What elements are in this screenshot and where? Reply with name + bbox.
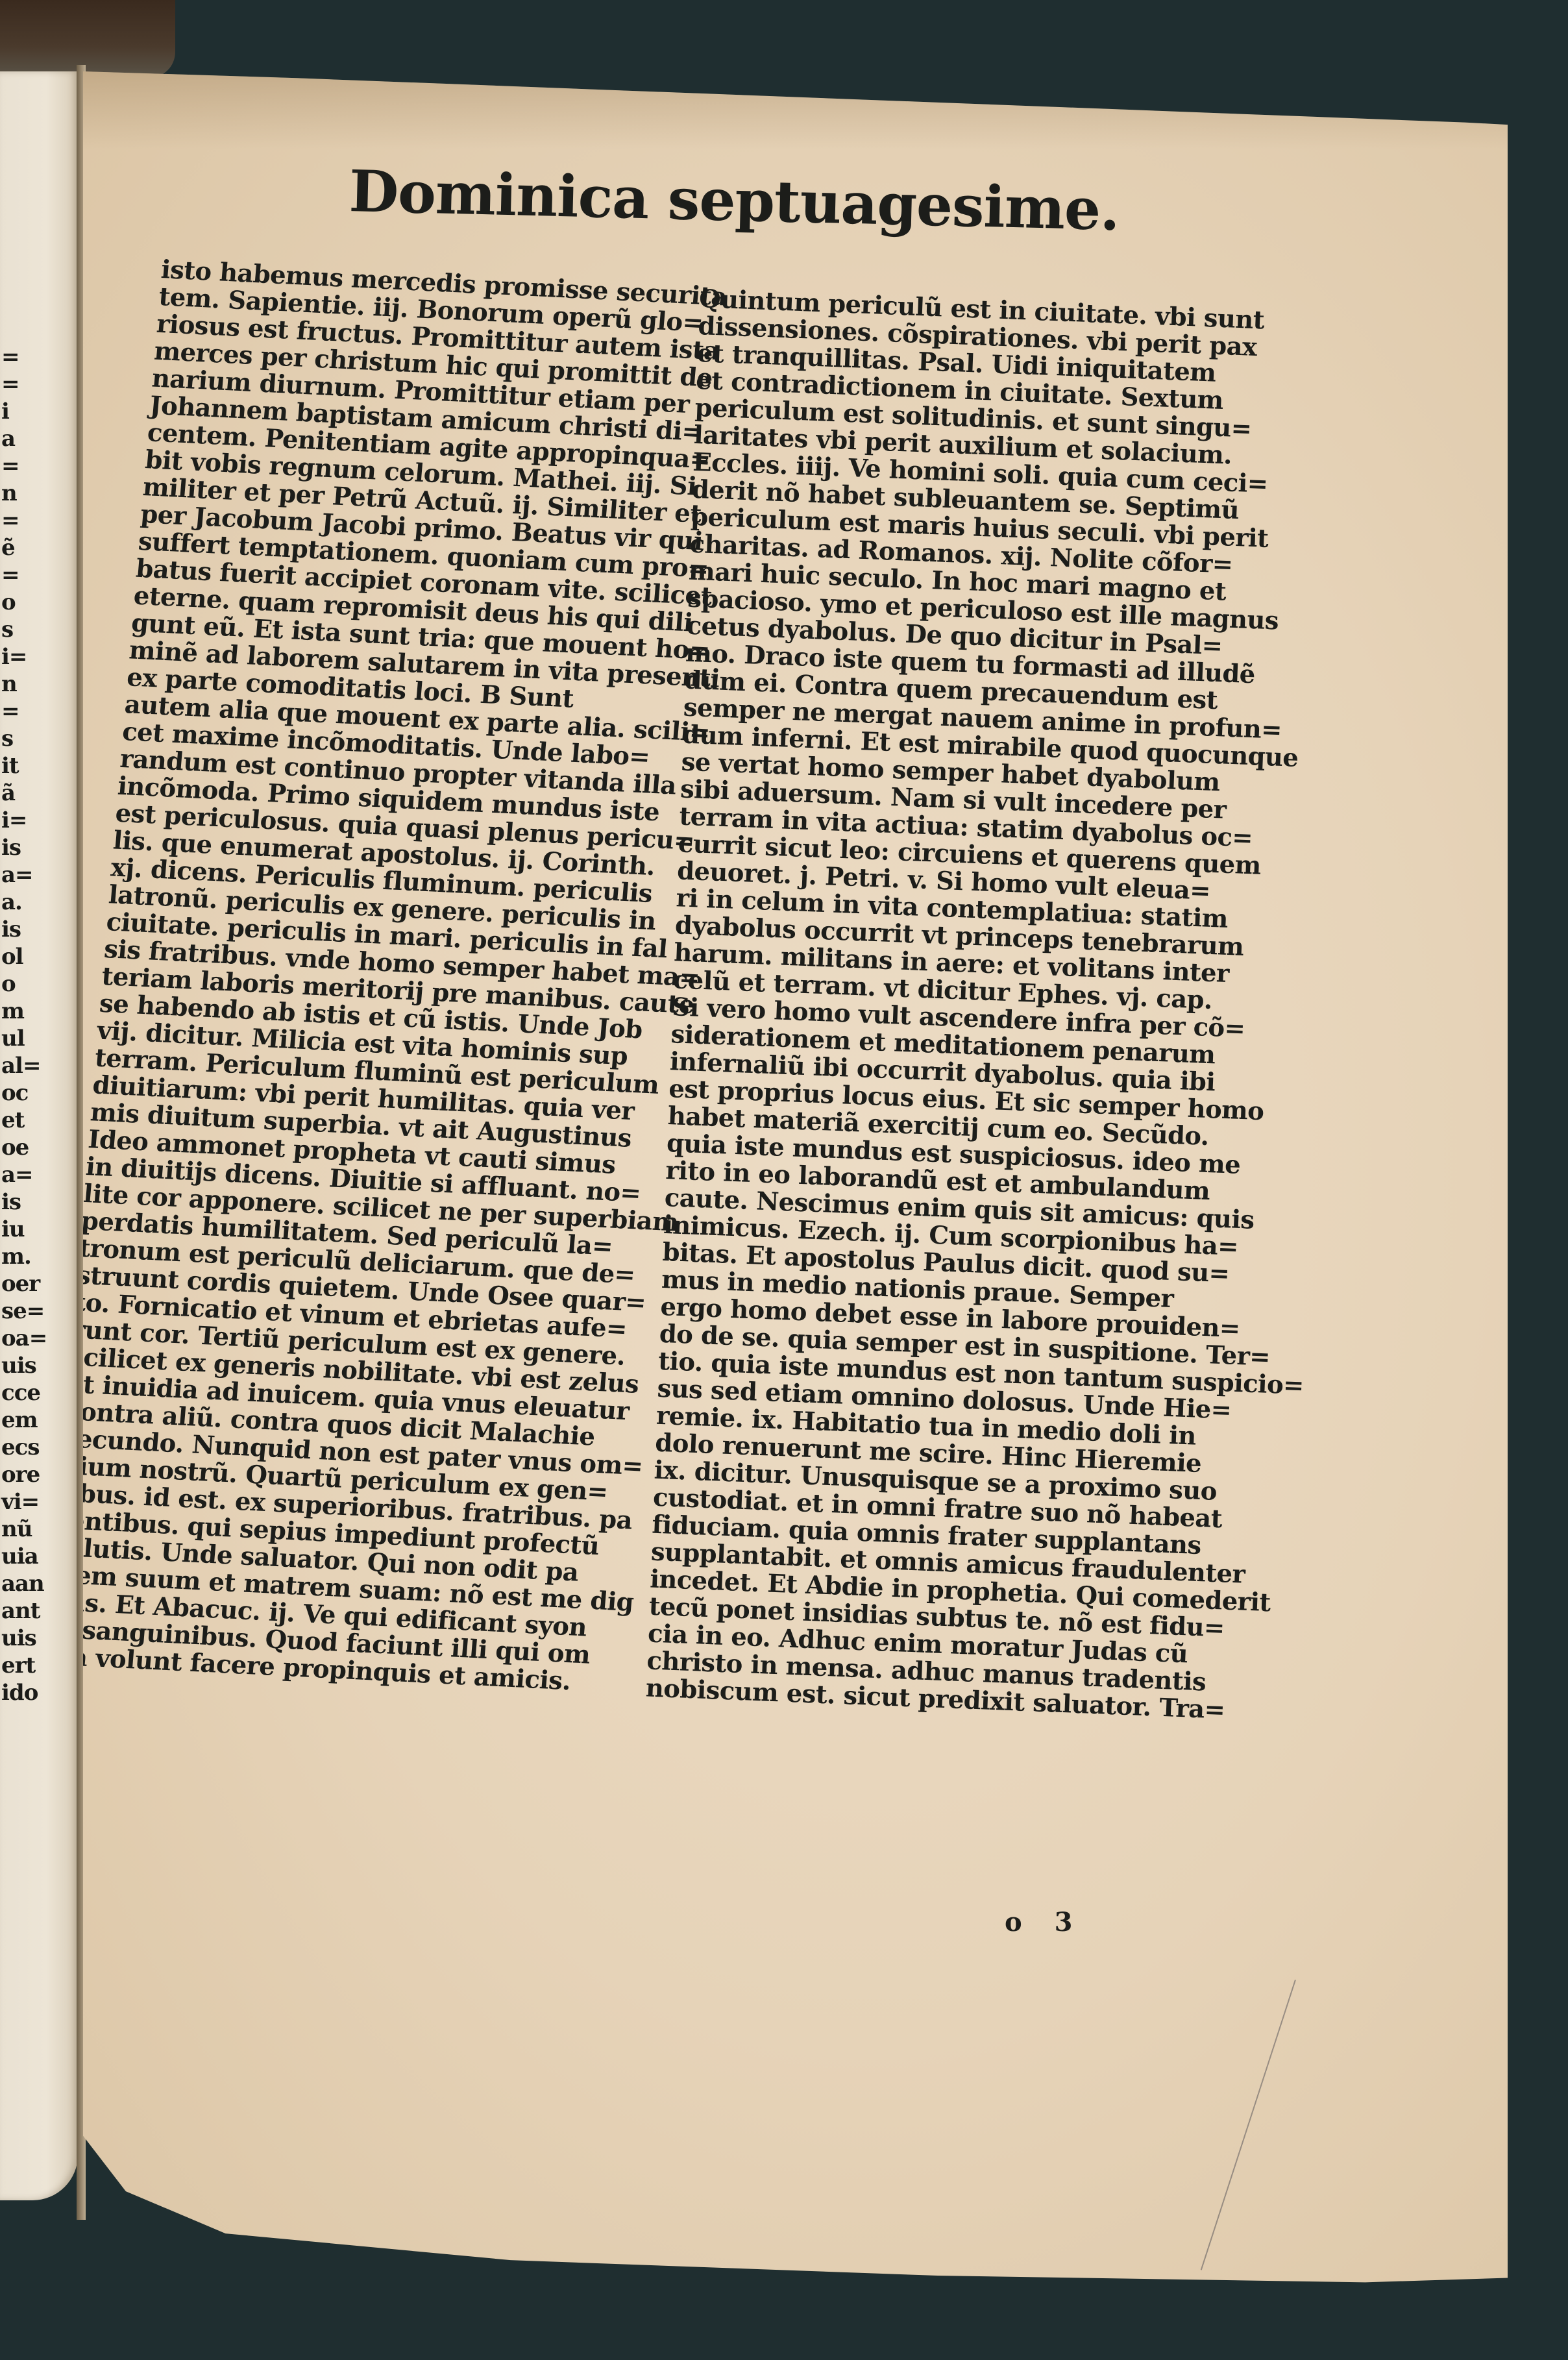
text-line: et xyxy=(1,1107,34,1135)
text-line: ecs xyxy=(1,1434,34,1462)
text-line: oa= xyxy=(1,1325,34,1353)
signature-mark: o 3 xyxy=(1005,1907,1072,1937)
text-line: cce xyxy=(1,1380,34,1407)
text-line: ido xyxy=(1,1680,34,1707)
text-line: o xyxy=(1,971,34,998)
right-text-column: Quintum periculũ est in ciuitate. vbi su… xyxy=(645,286,1225,1722)
text-line: = xyxy=(1,562,34,589)
text-line: i xyxy=(1,399,34,426)
text-line: ul xyxy=(1,1026,34,1053)
text-line: m. xyxy=(1,1244,34,1271)
text-line: i= xyxy=(1,807,34,835)
text-line: ant xyxy=(1,1598,34,1625)
text-line: uis xyxy=(1,1625,34,1653)
left-text-column: isto habemus mercedis promisse securitat… xyxy=(43,256,661,1694)
text-line: al= xyxy=(1,1053,34,1080)
text-line: = xyxy=(1,508,34,535)
text-line: se= xyxy=(1,1298,34,1325)
book-binding-top xyxy=(0,0,175,78)
text-line: ã xyxy=(1,780,34,807)
text-line: = xyxy=(1,371,34,399)
text-line: aan xyxy=(1,1571,34,1598)
text-line: vi= xyxy=(1,1489,34,1516)
text-line: nũ xyxy=(1,1516,34,1543)
text-line: is xyxy=(1,1189,34,1216)
text-line: oc xyxy=(1,1080,34,1107)
text-line: oer xyxy=(1,1271,34,1298)
water-stain xyxy=(83,71,1508,149)
text-line: uia xyxy=(1,1543,34,1571)
facing-page-text-fragments: ==ia=n=ẽ=osi=n=sitãi=isa=a.isolomulal=oc… xyxy=(1,344,34,1707)
text-line: s xyxy=(1,617,34,644)
text-line: ol xyxy=(1,944,34,971)
text-line: a= xyxy=(1,1162,34,1189)
text-line: = xyxy=(1,698,34,726)
text-line: a. xyxy=(1,889,34,916)
text-line: is xyxy=(1,916,34,944)
text-line: uis xyxy=(1,1353,34,1380)
running-head: Dominica septuagesime. xyxy=(349,157,1120,243)
text-line: i= xyxy=(1,644,34,671)
text-line: oe xyxy=(1,1135,34,1162)
text-line: a= xyxy=(1,862,34,889)
text-line: = xyxy=(1,453,34,480)
text-line: s xyxy=(1,726,34,753)
recto-page: Dominica septuagesime. isto habemus merc… xyxy=(83,71,1508,2291)
text-line: n xyxy=(1,671,34,698)
text-line: m xyxy=(1,998,34,1026)
text-line: is xyxy=(1,835,34,862)
text-line: ert xyxy=(1,1653,34,1680)
text-line: ẽ xyxy=(1,535,34,562)
text-line: iu xyxy=(1,1216,34,1244)
text-line: o xyxy=(1,589,34,617)
text-line: it xyxy=(1,753,34,780)
facing-page-edge: ==ia=n=ẽ=osi=n=sitãi=isa=a.isolomulal=oc… xyxy=(0,71,78,2200)
text-line: ore xyxy=(1,1462,34,1489)
text-line: n xyxy=(1,480,34,508)
text-line: em xyxy=(1,1407,34,1434)
text-line: = xyxy=(1,344,34,371)
text-line: a xyxy=(1,426,34,453)
